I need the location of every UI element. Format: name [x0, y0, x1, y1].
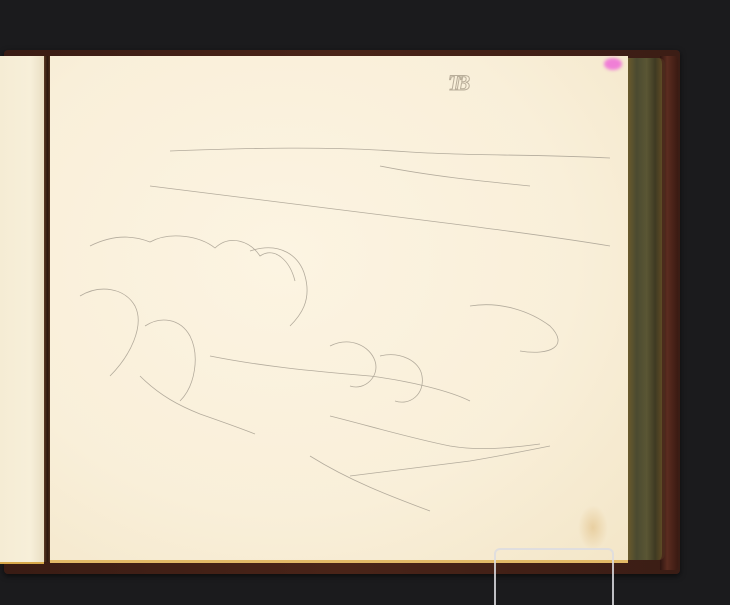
- pencil-landscape-sketch: [50, 56, 628, 560]
- left-page: [0, 56, 44, 564]
- pink-mark: [604, 58, 622, 70]
- acrylic-book-stand: [494, 548, 614, 605]
- paper-stain: [578, 505, 608, 550]
- photo-scene: TB: [0, 0, 730, 605]
- tb-monogram-stamp: TB: [448, 70, 478, 96]
- page-fore-edge: [628, 58, 665, 560]
